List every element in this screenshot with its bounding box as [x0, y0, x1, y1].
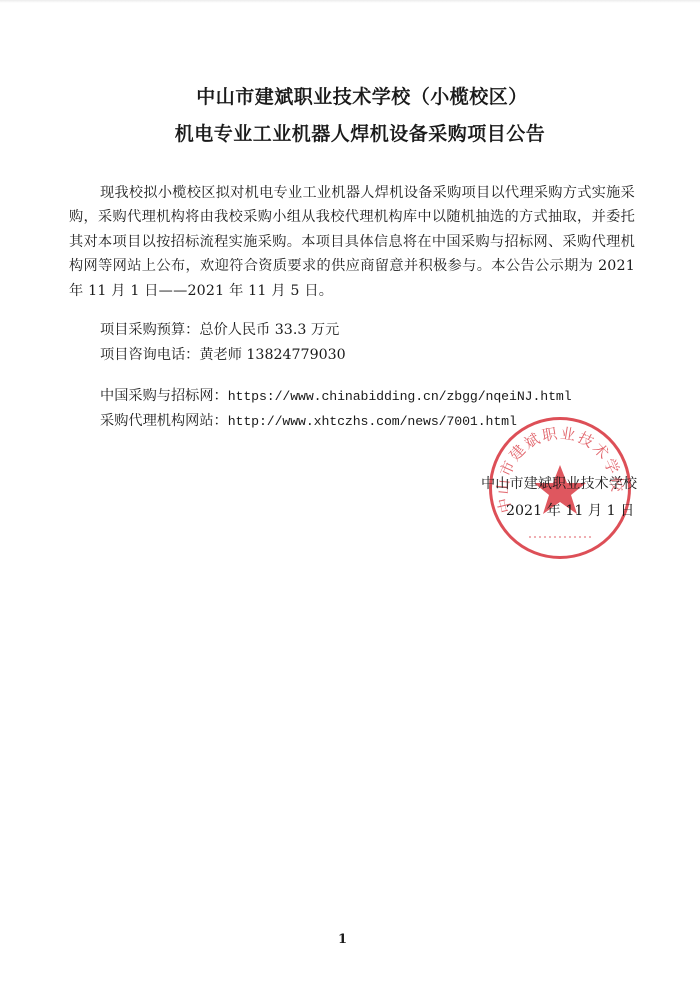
document-title-line-1: 中山市建斌职业技术学校（小榄校区）	[12, 85, 700, 109]
budget-label: 项目采购预算：	[100, 322, 199, 338]
budget-value: 总价人民币 33.3 万元	[199, 322, 339, 338]
phone-value: 黄老师 13824779030	[199, 347, 345, 363]
page-edge	[0, 0, 700, 3]
page-number: 1	[338, 932, 347, 948]
agent-site-label: 采购代理机构网站：	[100, 413, 228, 429]
bidding-site-line: 中国采购与招标网：https://www.chinabidding.cn/zbg…	[100, 386, 572, 407]
agent-site-url[interactable]: http://www.xhtczhs.com/news/7001.html	[228, 414, 517, 429]
budget-line: 项目采购预算：总价人民币 33.3 万元	[100, 320, 339, 340]
agent-site-line: 采购代理机构网站：http://www.xhtczhs.com/news/700…	[100, 411, 517, 432]
consult-phone-line: 项目咨询电话：黄老师 13824779030	[100, 345, 346, 365]
bidding-site-label: 中国采购与招标网：	[100, 388, 228, 404]
document-title-line-2: 机电专业工业机器人焊机设备采购项目公告	[10, 122, 700, 146]
signature-date: 2021 年 11 月 1 日	[506, 501, 634, 521]
phone-label: 项目咨询电话：	[100, 347, 199, 363]
signature-organization: 中山市建斌职业技术学校	[481, 474, 637, 494]
bidding-site-url[interactable]: https://www.chinabidding.cn/zbgg/nqeiNJ.…	[228, 389, 572, 404]
announcement-paragraph: 现我校拟小榄校区拟对机电专业工业机器人焊机设备采购项目以代理采购方式实施采购，采…	[69, 181, 635, 303]
